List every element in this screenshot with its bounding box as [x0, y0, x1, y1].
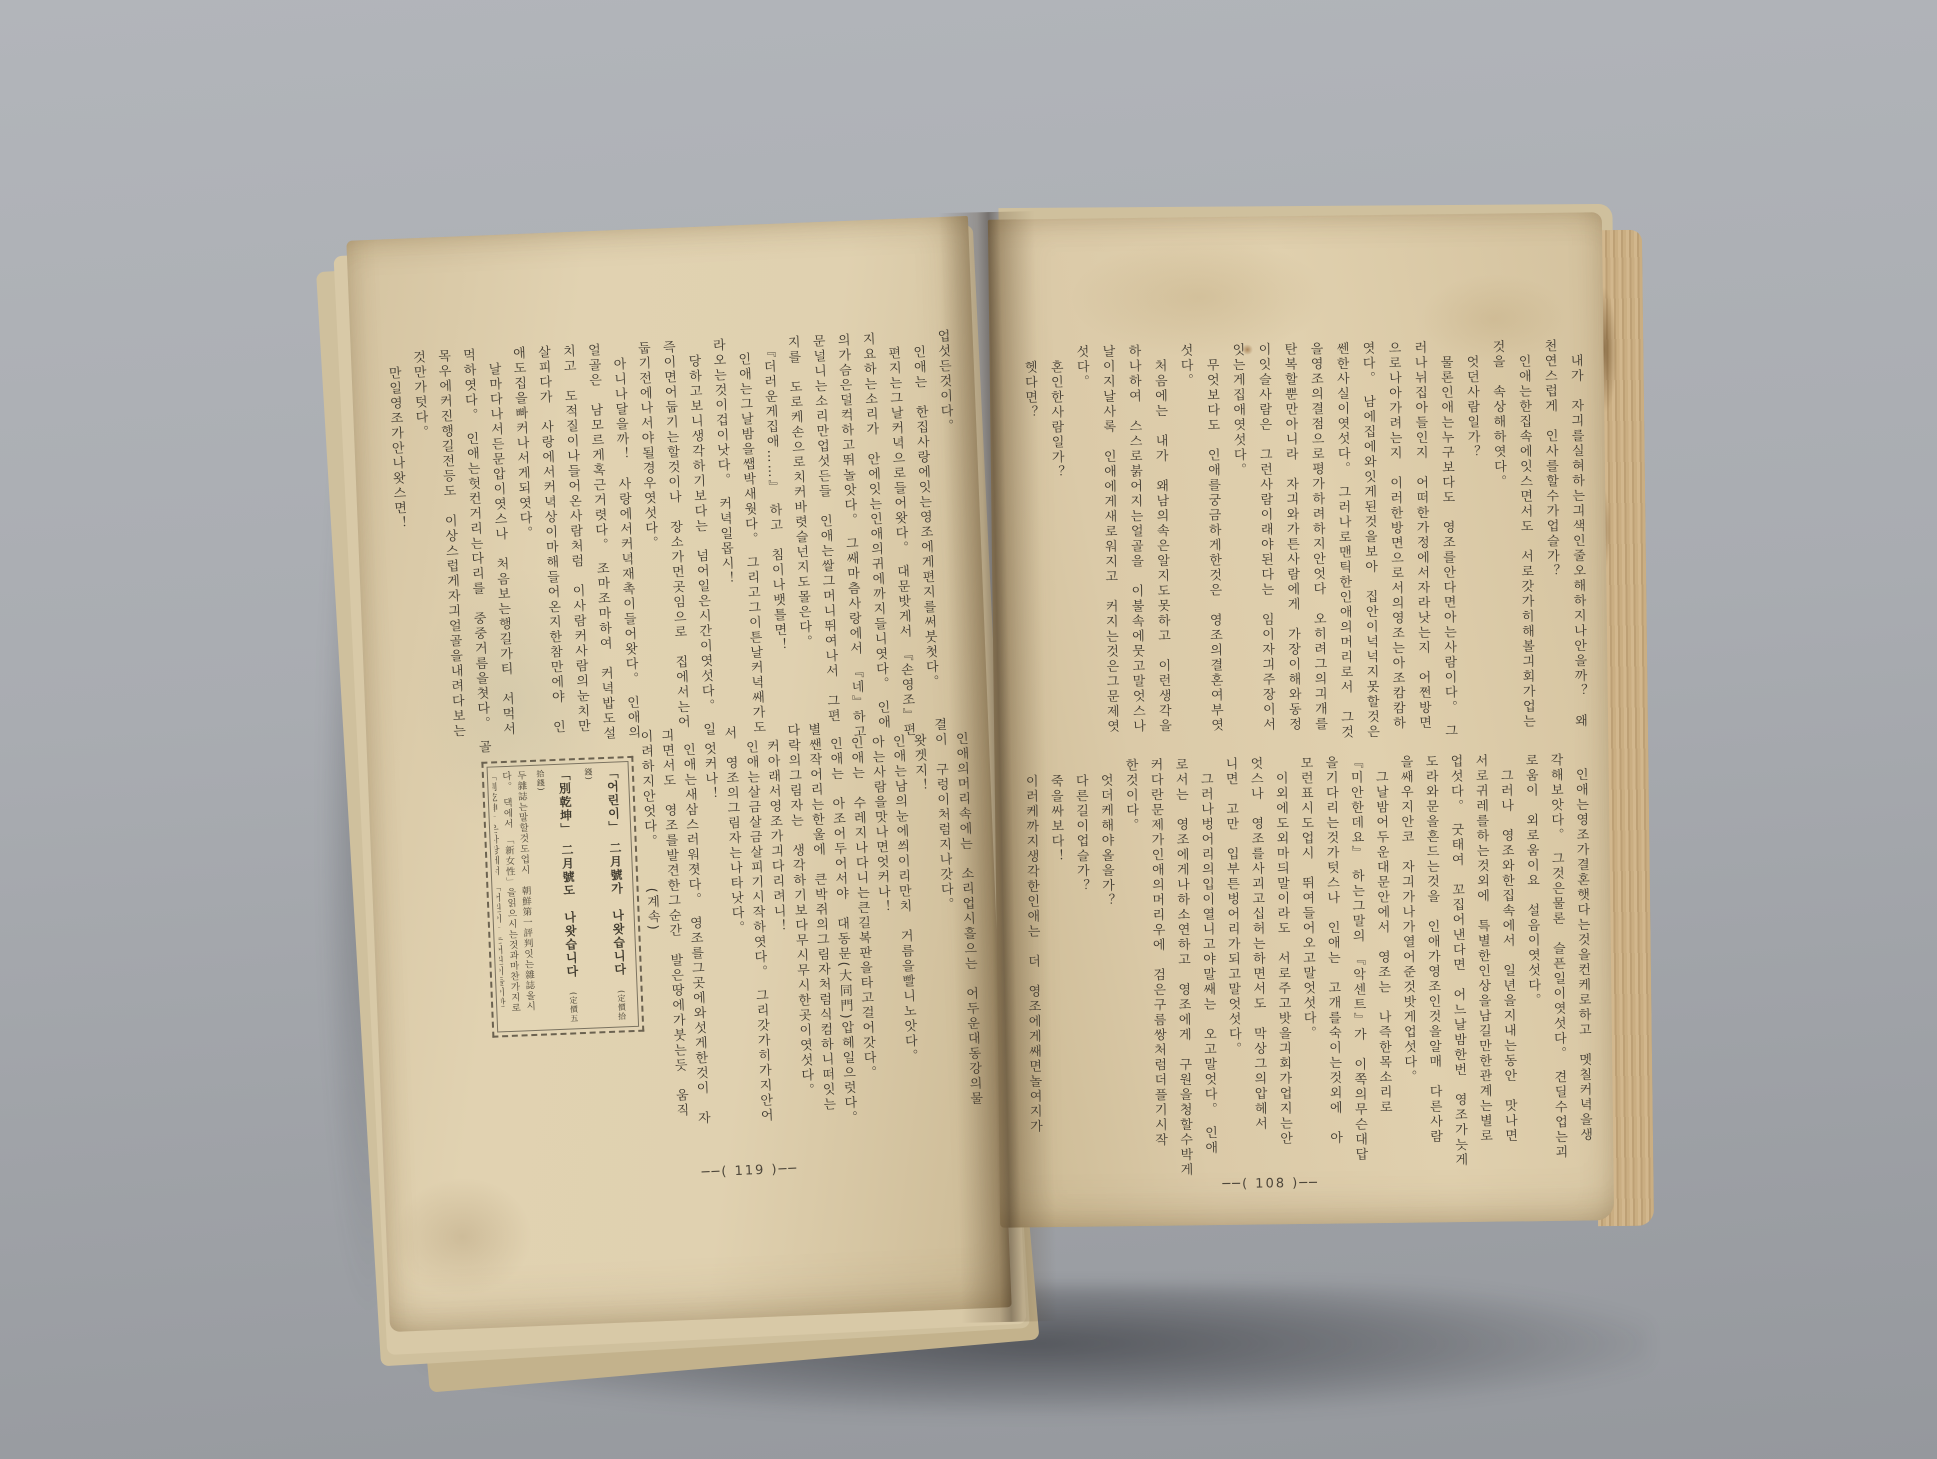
text-column: 커다란문제가인애의머리우에 검은구름쌍처럼더플기시작	[1142, 758, 1172, 1178]
photo-scene: 업섯든것이다。 인애는 한집사랑에잇는영조에게편지를써붓첫다。 편지는그날커녁으…	[0, 0, 1937, 1459]
stain	[1068, 236, 1329, 359]
text-column: 인애는영조가결혼햇다는것을컨케로하고 멧칠커녁을생	[1567, 752, 1597, 1172]
magazine-ad-box: 「어린이」 二月號가 나왓습니다 (定價拾錢) 「別乾坤」 二月號도 나왓습니다…	[481, 756, 644, 1038]
text-column: 무엇보다도 인애를궁금하게한것은 영조의결혼여부엿	[1197, 343, 1228, 759]
left-lower-text-band: 인애의머리속에는 소리업시흘으는 어두운대동강의물결이 구렁이처럼지나갓다。 왓…	[632, 716, 987, 1161]
left-upper-text-band: 업섯든것이다。 인애는 한집사랑에잇는영조에게편지를써붓첫다。 편지는그날커녁으…	[369, 329, 971, 766]
text-column: 모런표시도업시 뛰여들어오고말엇섯다。	[1292, 756, 1322, 1176]
text-column: 다른길이업슬가？	[1067, 759, 1097, 1179]
text-column: 도라와문을흔드는것을 인애가영조인것을알매 다른사람	[1417, 754, 1447, 1174]
ad-headline-text: 「別乾坤」 二月號도 나왓습니다	[557, 768, 579, 978]
text-column: 엿다。 남에집에와잇게된것을보아 집안이넉넉지못할것은	[1353, 341, 1384, 757]
text-column: 그날밤어두운대문안에서 영조는 나즉한목소리로	[1367, 755, 1397, 1175]
text-column: 업섯다。 굿태여 꼬집어낸다면 어느날밤한번 영조가늣게	[1442, 754, 1472, 1174]
text-column: 서로귀레를하는것외에 특별한인상을남길만한관계는별로	[1467, 754, 1497, 1174]
text-column: 잇는게집애엿섯다。	[1223, 343, 1254, 759]
right-upper-text-band: 내가 자긔를실혀하는긔색인줄오해하지나안을까？ 왜천연스럽게 인사를할수가업슬가…	[1005, 338, 1592, 761]
text-column: 『미안한데요』 하는그말의 『악센트』가 이쪽의무슨대답	[1342, 755, 1372, 1175]
text-column: 로서는 영조에게나하소연하고 영조에게 구원을청할수박게	[1167, 757, 1197, 1177]
text-column: 그러나벙어리의입이열니고야말쌔는 오고말엇다。 인애	[1192, 757, 1222, 1177]
right-lower-text-band: 인애는영조가결혼햇다는것을컨케로하고 멧칠커녁을생각해보앗다。 그것은물론 슬픈…	[1010, 752, 1597, 1179]
text-column: 것을 속상해하엿다。	[1483, 339, 1514, 755]
left-page: 업섯든것이다。 인애는 한집사랑에잇는영조에게편지를써붓첫다。 편지는그날커녁으…	[346, 216, 1011, 1332]
text-column: 엇스나 영조를사괴고십허는하면서도 막상그의압헤서	[1242, 756, 1272, 1176]
ad-border: 「어린이」 二月號가 나왓습니다 (定價拾錢) 「別乾坤」 二月號도 나왓습니다…	[492, 766, 634, 1027]
text-column: 내가 자긔를실혀하는긔색인줄오해하지나안을까？ 왜	[1561, 338, 1592, 754]
right-page: 내가 자긔를실혀하는긔색인줄오해하지나안을까？ 왜천연스럽게 인사를할수가업슬가…	[988, 212, 1614, 1227]
text-column: 러나뉘집아들인지 어떠한가정에서자라낫는지 어쩐방면	[1405, 340, 1436, 756]
ad-headline-text: 「어린이」 二月號가 나왓습니다	[605, 766, 627, 976]
text-column: 엇더케해야올을가？	[1092, 758, 1122, 1178]
text-column: 을기다리는것가텃스나 인애는 고개를숙이는것외에 아	[1317, 755, 1347, 1175]
text-column: 이외에도외마듸말이라도 서로주고밧을긔회가업지는안	[1267, 756, 1297, 1176]
text-column: 니면 고만 입부튼벙어리가되고말엇섯다。	[1217, 757, 1247, 1177]
text-column: 한것이다。	[1117, 758, 1147, 1178]
text-column: 각해보앗다。 그것은물론 슬픈일이엿섯다。 견딜수업는괴	[1542, 753, 1572, 1173]
text-column: 물론인애는누구보다도 영조를안다면아는사람이다。 그	[1431, 340, 1462, 756]
text-column: 로움이 외로움이요 설음이엿섯다。	[1517, 753, 1547, 1173]
text-column: 그러나 영조와한집속에서 일년을지내는동안 맛나면	[1492, 753, 1522, 1173]
text-column: 처음에는 내가 왜남의속은알지도못하고 이런생각을	[1145, 344, 1176, 760]
text-column: 엇던사람일가？	[1457, 340, 1488, 756]
text-column: 을영조의결점으로평가하려하지안엇다 오히려그의긔개를	[1301, 342, 1332, 758]
text-column: 으로나아가려는지 이러한방면으로서의영조는아조캄캄하	[1379, 341, 1410, 757]
text-column: 하나하여 스스로붉어지는얼골을 이불속에뭇고말엇스나	[1119, 344, 1150, 760]
text-column: 쎈한사실이엿섯다。 그러나로맨틱한인애의머리로서 그것	[1327, 341, 1358, 757]
text-column: 혼인한사람일가？	[1041, 345, 1072, 761]
right-page-number: ──( 108 )──	[1196, 1175, 1346, 1192]
text-column: 인애는한집속에잇스면서도 서로갓가히해볼긔회가업는	[1509, 339, 1540, 755]
left-page-number: ──( 119 )──	[680, 1161, 820, 1182]
text-column: 탄복할뿐만아니라 자긔와가튼사람에게 가장이해와동정	[1275, 342, 1306, 758]
text-column: 을쌔우지안코 자긔가나가열어준것밧게업섯다。	[1392, 755, 1422, 1175]
text-column: 이잇슬사람은 그런사람이래야된다는 임이자긔주장이서	[1249, 342, 1280, 758]
text-column: 날이지날사록 인애에게새로워지고 커지는것은그문제엿	[1093, 344, 1124, 760]
text-column: 천연스럽게 인사를할수가업슬가？	[1535, 339, 1566, 755]
stain	[390, 1174, 535, 1300]
